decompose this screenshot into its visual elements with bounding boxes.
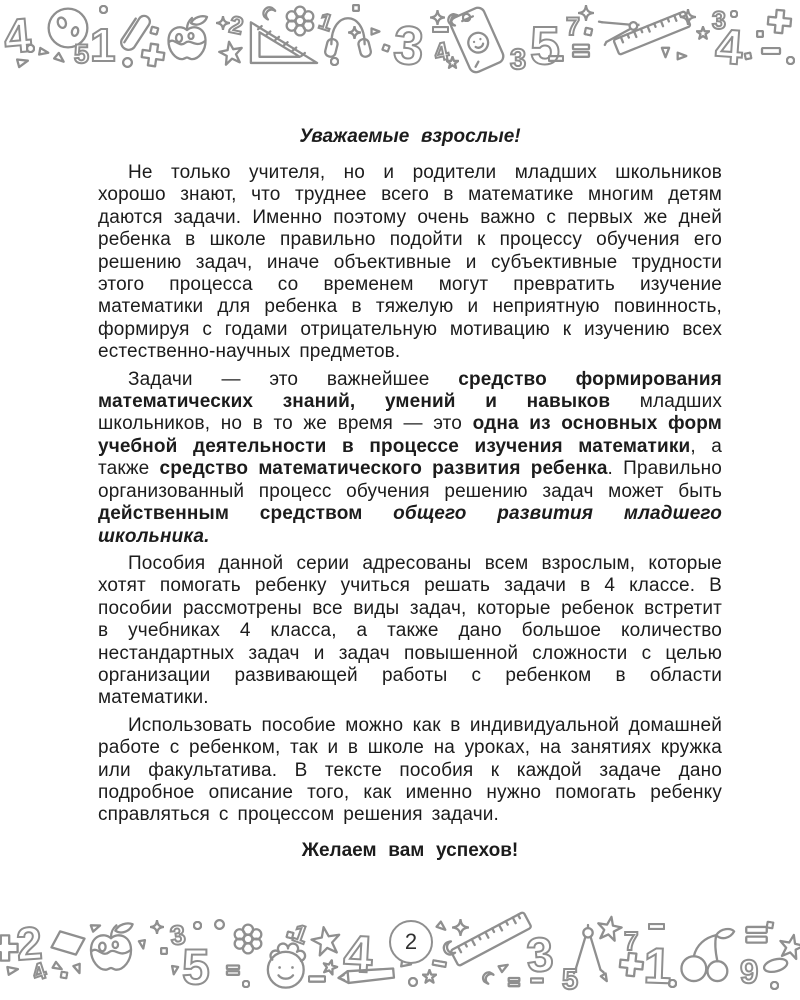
- triangle-icon: [171, 966, 178, 975]
- circle-icon: [669, 980, 676, 987]
- square-icon: [161, 948, 167, 954]
- triangle-icon: [54, 53, 66, 65]
- square-icon: [585, 28, 593, 36]
- number-doodle: 7: [624, 926, 638, 956]
- triangle-icon: [678, 53, 687, 60]
- circle-icon: [100, 6, 107, 13]
- flower-icon: [235, 925, 262, 954]
- square-icon: [382, 44, 389, 51]
- compass-icon: [574, 925, 604, 973]
- square-icon: [745, 53, 752, 60]
- book-page: 4 5 1 2 1 3 4 3 5 7: [0, 0, 800, 1000]
- paragraph: Не только учителя, но и родители младших…: [98, 162, 722, 364]
- sparkle-icon: [431, 11, 445, 25]
- triangle-icon: [372, 28, 380, 34]
- apple-icon: [91, 923, 133, 969]
- square-icon: [150, 27, 158, 35]
- closing-line: Желаем вам успехов!: [98, 840, 722, 862]
- flower-icon: [287, 7, 314, 36]
- number-doodle: 9: [740, 953, 758, 990]
- compass-icon: [599, 14, 642, 46]
- circle-icon: [215, 920, 224, 929]
- square-icon: [61, 972, 68, 979]
- minus-icon: [309, 976, 325, 981]
- paragraph: Использовать пособие можно как в индивид…: [98, 715, 722, 827]
- sparkle-icon: [151, 921, 164, 934]
- equals-icon: [227, 966, 239, 975]
- page-content: Уважаемые взрослые! Не только учителя, н…: [98, 78, 722, 862]
- triangle-icon: [91, 922, 101, 931]
- circle-icon: [123, 58, 132, 67]
- text-run: Не только учителя, но и родители младших…: [98, 162, 722, 362]
- text-run: средство математического развития ребенк…: [160, 458, 608, 479]
- star-icon: [218, 40, 244, 66]
- phone-smiley-icon: [448, 6, 505, 75]
- top-doodle-border: 4 5 1 2 1 3 4 3 5 7: [0, 0, 800, 78]
- smiley-face-icon: [268, 944, 305, 988]
- sparkle-icon: [453, 920, 469, 936]
- ruler-icon: [450, 912, 531, 966]
- square-icon: [767, 922, 774, 929]
- text-run: Пособия данной серии адресованы всем взр…: [98, 553, 722, 708]
- number-doodle: 3: [392, 15, 426, 77]
- triangle-icon: [437, 922, 448, 933]
- number-doodle: 5: [530, 16, 560, 76]
- equals-icon: [509, 978, 520, 986]
- number-doodle: 3: [525, 928, 555, 983]
- minus-icon: [432, 960, 446, 967]
- star-icon: [310, 925, 342, 957]
- plus-icon: [0, 935, 18, 960]
- page-number-badge: 2: [389, 920, 433, 964]
- parallelogram-icon: [51, 931, 84, 954]
- sparkle-icon: [579, 6, 594, 21]
- circle-icon: [194, 922, 201, 929]
- star-icon: [423, 970, 436, 983]
- number-doodle: 4: [29, 957, 49, 986]
- paragraph: Задачи — это важнейшее средство формиров…: [98, 369, 722, 548]
- ellipse-icon: [763, 957, 789, 975]
- triangle-icon: [39, 48, 49, 56]
- paragraph: Пособия данной серии адресованы всем взр…: [98, 553, 722, 710]
- number-doodle: 4: [714, 20, 745, 76]
- cherries-icon: [681, 929, 734, 981]
- number-doodle: 1: [289, 919, 312, 950]
- number-doodle: 5: [562, 964, 578, 996]
- star-icon: [777, 933, 800, 960]
- triangle-icon: [53, 962, 64, 972]
- sparkle-icon: [217, 17, 230, 30]
- sparkle-icon: [349, 27, 361, 39]
- number-doodle: 2: [227, 11, 246, 40]
- paperclip-icon: [121, 16, 150, 50]
- triangle-icon: [73, 964, 82, 974]
- star-icon: [697, 27, 709, 39]
- plus-icon: [767, 9, 792, 34]
- number-doodle: 5: [182, 939, 210, 995]
- plus-icon: [141, 43, 166, 68]
- minus-icon: [762, 48, 780, 54]
- apple-icon: [168, 16, 207, 59]
- page-number: 2: [405, 929, 417, 955]
- triangle-icon: [601, 973, 609, 982]
- minus-icon: [649, 924, 664, 929]
- triangle-icon: [499, 962, 510, 972]
- number-doodle: 4: [2, 9, 34, 64]
- paragraphs: Не только учителя, но и родители младших…: [98, 162, 722, 827]
- moon-icon: [481, 970, 494, 984]
- moon-icon: [261, 5, 276, 20]
- text-run: действенным средством: [98, 503, 393, 524]
- circle-icon: [787, 57, 794, 64]
- triangle-icon: [139, 940, 146, 949]
- number-doodle: 1: [90, 19, 116, 71]
- minus-icon: [433, 27, 448, 32]
- number-doodle: 7: [566, 13, 580, 41]
- circle-icon: [409, 978, 417, 986]
- set-square-icon: [251, 22, 317, 63]
- page-title: Уважаемые взрослые!: [98, 126, 722, 148]
- star-icon: [322, 958, 339, 975]
- number-doodle: 1: [643, 937, 673, 994]
- star-icon: [596, 915, 623, 942]
- equals-icon: [573, 45, 589, 57]
- number-doodle: 5: [74, 39, 89, 69]
- number-doodle: 3: [510, 44, 526, 76]
- circle-icon: [243, 981, 249, 987]
- equals-icon: [746, 927, 767, 943]
- text-run: Задачи — это важнейшее: [128, 369, 458, 390]
- square-icon: [757, 31, 763, 37]
- circle-icon: [331, 58, 338, 65]
- text-run: Использовать пособие можно как в индивид…: [98, 715, 722, 826]
- square-icon: [353, 5, 359, 11]
- circle-icon: [731, 11, 737, 17]
- circle-icon: [771, 982, 778, 989]
- triangle-icon: [662, 48, 669, 57]
- triangle-icon: [7, 965, 18, 974]
